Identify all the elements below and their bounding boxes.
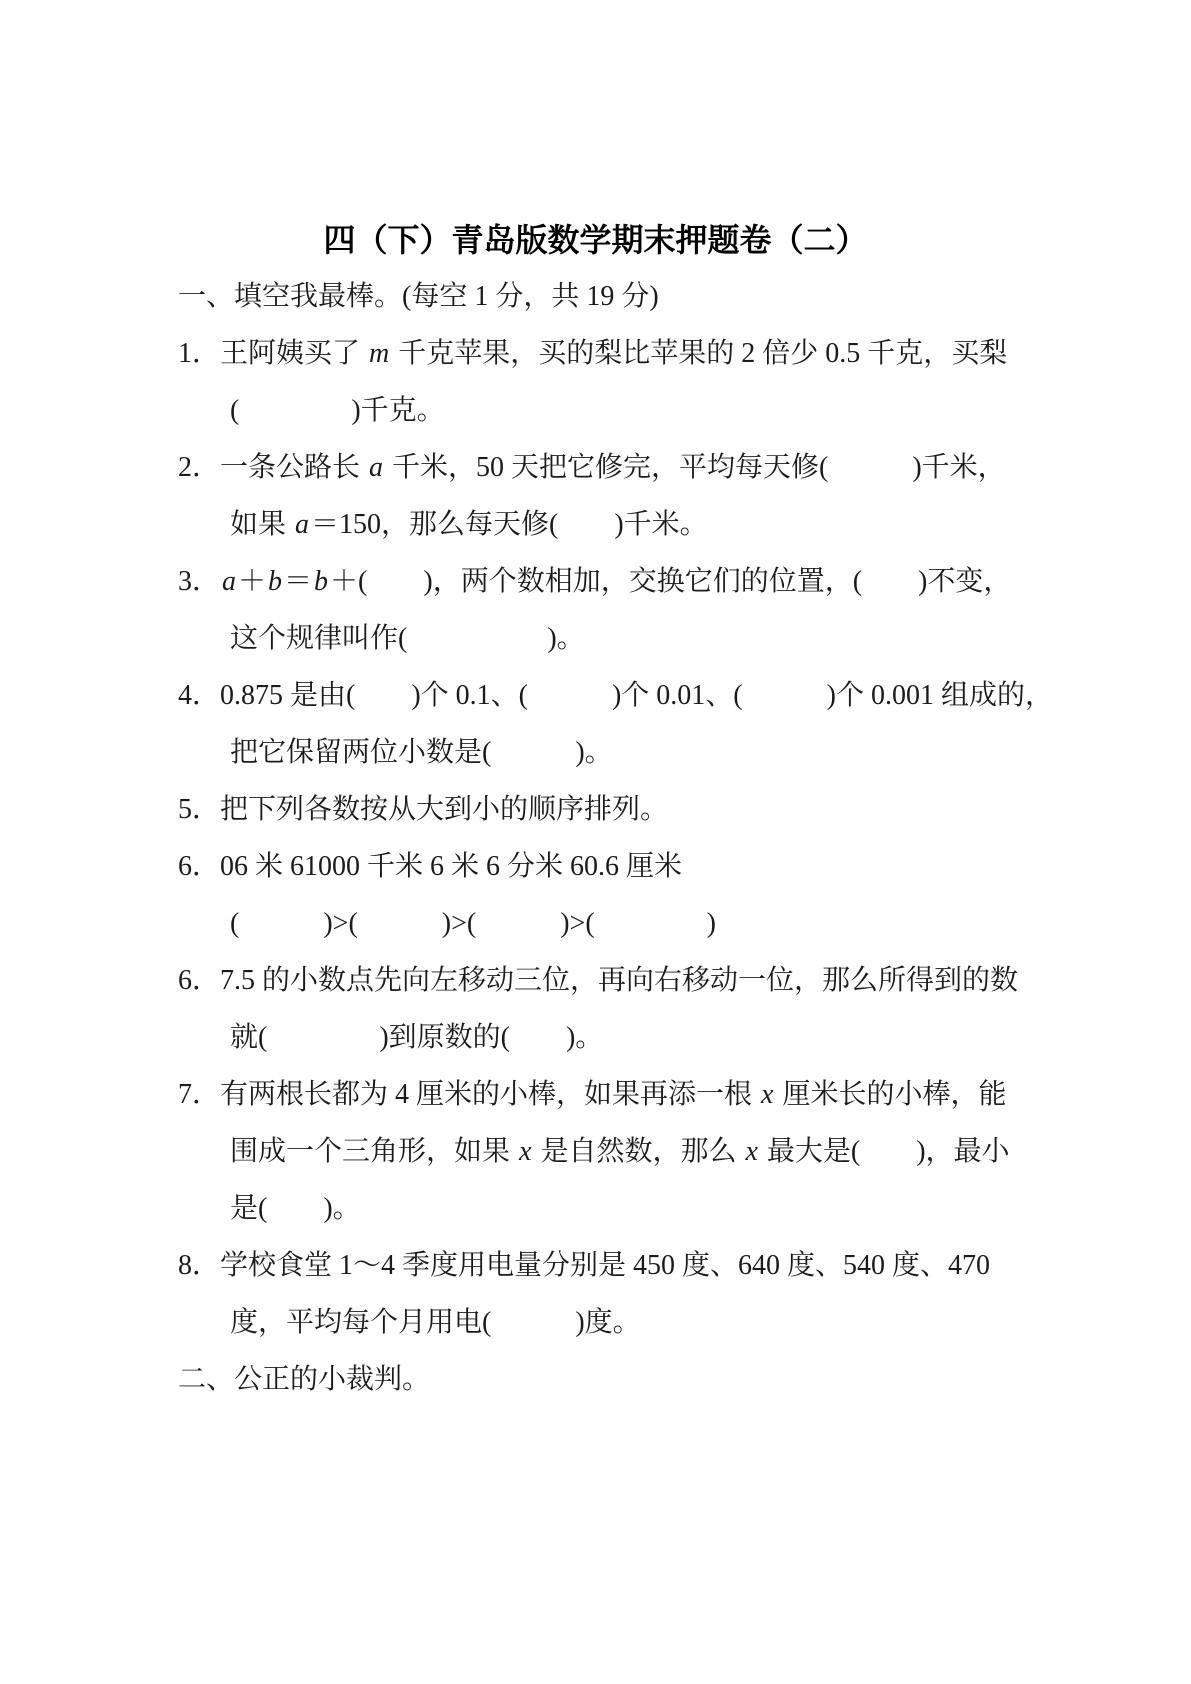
text-segment: ( )>( )>( )>( ): [230, 908, 716, 940]
text-segment: 这个规律叫作( )。: [230, 623, 585, 655]
question-4-line-2: 把它保留两位小数是( )。: [178, 724, 1041, 781]
text-segment: 厘米长的小棒，能: [775, 1079, 1006, 1111]
text-segment: 是( )。: [230, 1193, 361, 1225]
text-segment: 7．有两根长都为 4 厘米的小棒，如果再添一根: [178, 1079, 759, 1111]
question-5-line-1: 5．把下列各数按从大到小的顺序排列。: [178, 781, 1041, 838]
question-7-line-2: 围成一个三角形，如果 x 是自然数，那么 x 最大是( )，最小: [178, 1123, 1041, 1180]
math-variable: m: [367, 338, 391, 370]
text-segment: 千米，50 天把它修完，平均每天修( )千米，: [385, 452, 1006, 484]
text-segment: 把它保留两位小数是( )。: [230, 737, 613, 769]
question-3-line-1: 3．a＋b＝b＋( )，两个数相加，交换它们的位置，( )不变，: [178, 553, 1041, 610]
text-segment: 5．把下列各数按从大到小的顺序排列。: [178, 794, 668, 826]
math-variable: b: [312, 566, 330, 598]
math-variable: a: [293, 509, 311, 541]
text-segment: 最大是( )，最小: [760, 1136, 1010, 1168]
text-segment: 3．: [178, 566, 220, 598]
math-variable: b: [266, 566, 284, 598]
text-segment: 6．7.5 的小数点先向左移动三位，再向右移动一位，那么所得到的数: [178, 965, 1018, 997]
text-segment: ＝: [284, 566, 312, 598]
question-1-line-1: 1．王阿姨买了 m 千克苹果，买的梨比苹果的 2 倍少 0.5 千克，买梨: [178, 325, 1041, 382]
question-5-line-3: ( )>( )>( )>( ): [178, 895, 1041, 952]
text-segment: 6．06 米 61000 千米 6 米 6 分米 60.6 厘米: [178, 851, 682, 883]
section-2-heading: 二、公正的小裁判。: [178, 1351, 1041, 1408]
math-variable: x: [517, 1136, 533, 1168]
text-segment: ＝150，那么每天修( )千米。: [311, 509, 708, 541]
section-1-heading: 一、填空我最棒。(每空 1 分，共 19 分): [178, 268, 1041, 325]
text-segment: 是自然数，那么: [533, 1136, 743, 1168]
math-variable: x: [759, 1079, 775, 1111]
text-segment: 1．王阿姨买了: [178, 338, 367, 370]
page-title: 四（下）青岛版数学期末押题卷（二）: [0, 0, 1191, 258]
text-segment: ( )千克。: [230, 395, 445, 427]
question-4-line-1: 4．0.875 是由( )个 0.1、( )个 0.01、( )个 0.001 …: [178, 667, 1041, 724]
text-segment: 如果: [230, 509, 293, 541]
exam-paper-page: 四（下）青岛版数学期末押题卷（二） 一、填空我最棒。(每空 1 分，共 19 分…: [0, 0, 1191, 1684]
question-6-line-2: 就( )到原数的( )。: [178, 1009, 1041, 1066]
question-8-line-2: 度，平均每个月用电( )度。: [178, 1294, 1041, 1351]
text-segment: 8．学校食堂 1～4 季度用电量分别是 450 度、640 度、540 度、47…: [178, 1250, 990, 1282]
text-segment: ＋: [238, 566, 266, 598]
text-segment: 一、填空我最棒。(每空 1 分，共 19 分): [178, 281, 659, 313]
text-segment: 就( )到原数的( )。: [230, 1022, 603, 1054]
text-segment: 2．一条公路长: [178, 452, 367, 484]
question-1-line-2: ( )千克。: [178, 382, 1041, 439]
text-segment: 度，平均每个月用电( )度。: [230, 1307, 641, 1339]
math-variable: a: [220, 566, 238, 598]
text-segment: 4．0.875 是由( )个 0.1、( )个 0.01、( )个 0.001 …: [178, 680, 1053, 712]
math-variable: x: [743, 1136, 759, 1168]
text-segment: 围成一个三角形，如果: [230, 1136, 517, 1168]
question-2-line-1: 2．一条公路长 a 千米，50 天把它修完，平均每天修( )千米，: [178, 439, 1041, 496]
math-variable: a: [367, 452, 385, 484]
text-segment: 二、公正的小裁判。: [178, 1364, 430, 1396]
question-8-line-1: 8．学校食堂 1～4 季度用电量分别是 450 度、640 度、540 度、47…: [178, 1237, 1041, 1294]
text-segment: 千克苹果，买的梨比苹果的 2 倍少 0.5 千克，买梨: [391, 338, 1007, 370]
question-2-line-2: 如果 a＝150，那么每天修( )千米。: [178, 496, 1041, 553]
question-5-line-2: 6．06 米 61000 千米 6 米 6 分米 60.6 厘米: [178, 838, 1041, 895]
text-segment: ＋( )，两个数相加，交换它们的位置，( )不变，: [330, 566, 1011, 598]
question-7-line-3: 是( )。: [178, 1180, 1041, 1237]
question-6-line-1: 6．7.5 的小数点先向左移动三位，再向右移动一位，那么所得到的数: [178, 952, 1041, 1009]
question-7-line-1: 7．有两根长都为 4 厘米的小棒，如果再添一根 x 厘米长的小棒，能: [178, 1066, 1041, 1123]
exam-content: 一、填空我最棒。(每空 1 分，共 19 分)1．王阿姨买了 m 千克苹果，买的…: [0, 268, 1191, 1408]
question-3-line-2: 这个规律叫作( )。: [178, 610, 1041, 667]
